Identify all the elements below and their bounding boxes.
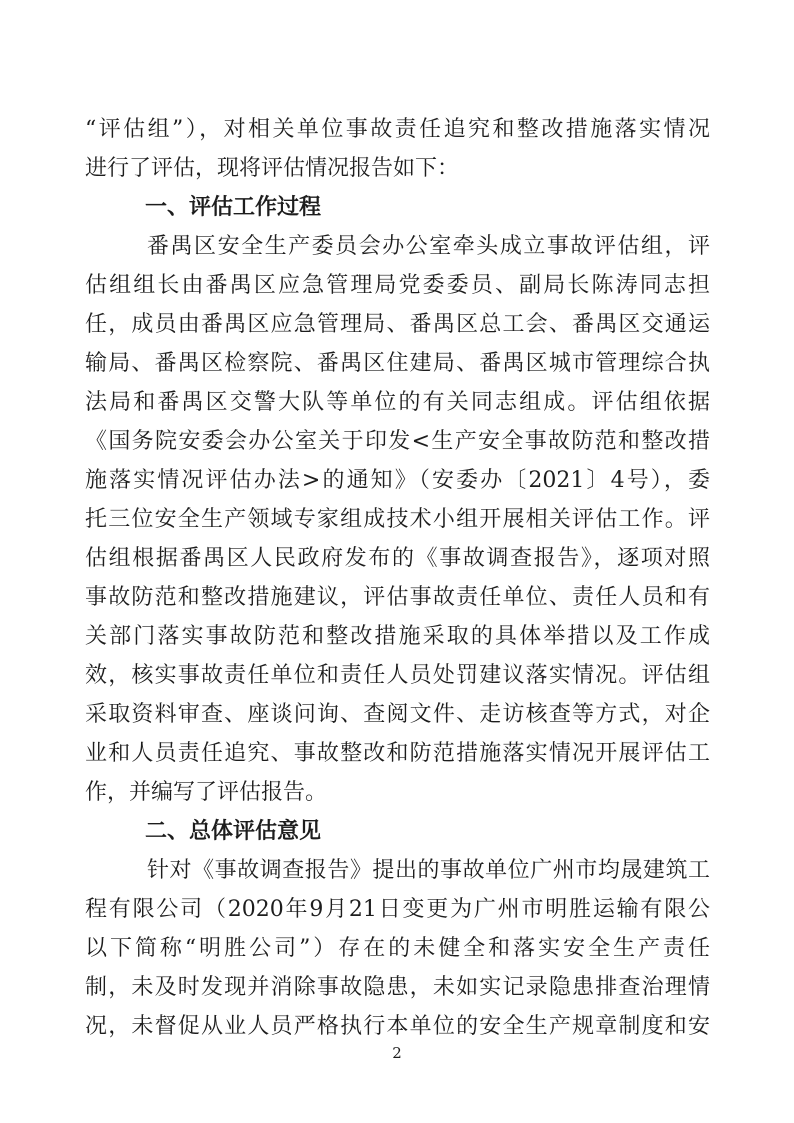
document-line: 估组根据番禺区人民政府发布的《事故调查报告》，逐项对照 bbox=[85, 539, 710, 578]
document-line: 事故防范和整改措施建议，评估事故责任单位、责任人员和有 bbox=[85, 578, 710, 617]
document-line: 业和人员责任追究、事故整改和防范措施落实情况开展评估工 bbox=[85, 734, 710, 773]
section-heading: 二、总体评估意见 bbox=[85, 812, 710, 851]
document-line: 估组组长由番禺区应急管理局党委委员、副局长陈涛同志担 bbox=[85, 266, 710, 305]
document-page: “评估组”），对相关单位事故责任追究和整改措施落实情况进行了评估，现将评估情况报… bbox=[0, 0, 794, 1123]
document-line: 输局、番禺区检察院、番禺区住建局、番禺区城市管理综合执 bbox=[85, 344, 710, 383]
document-line: 效，核实事故责任单位和责任人员处罚建议落实情况。评估组 bbox=[85, 656, 710, 695]
page-number: 2 bbox=[0, 1044, 794, 1062]
document-line: 采取资料审查、座谈问询、查阅文件、走访核查等方式，对企 bbox=[85, 695, 710, 734]
section-heading: 一、评估工作过程 bbox=[85, 188, 710, 227]
document-line: 法局和番禺区交警大队等单位的有关同志组成。评估组依据 bbox=[85, 383, 710, 422]
document-line: 制，未及时发现并消除事故隐患，未如实记录隐患排查治理情 bbox=[85, 968, 710, 1007]
document-line: 进行了评估，现将评估情况报告如下： bbox=[85, 149, 710, 188]
document-line: 任，成员由番禺区应急管理局、番禺区总工会、番禺区交通运 bbox=[85, 305, 710, 344]
document-line: 程有限公司（2020年9月21日变更为广州市明胜运输有限公司， bbox=[85, 890, 710, 929]
document-line: 作，并编写了评估报告。 bbox=[85, 773, 710, 812]
document-line: “评估组”），对相关单位事故责任追究和整改措施落实情况 bbox=[85, 110, 710, 149]
document-line: 施落实情况评估办法>的通知》（安委办〔2021〕4号），委 bbox=[85, 461, 710, 500]
document-line: 况，未督促从业人员严格执行本单位的安全生产规章制度和安 bbox=[85, 1007, 710, 1046]
document-line: 针对《事故调查报告》提出的事故单位广州市均晟建筑工 bbox=[85, 851, 710, 890]
document-line: 《国务院安委会办公室关于印发<生产安全事故防范和整改措 bbox=[85, 422, 710, 461]
document-line: 托三位安全生产领域专家组成技术小组开展相关评估工作。评 bbox=[85, 500, 710, 539]
document-line: 以下简称“明胜公司”）存在的未健全和落实安全生产责任 bbox=[85, 929, 710, 968]
document-line: 番禺区安全生产委员会办公室牵头成立事故评估组，评 bbox=[85, 227, 710, 266]
document-line: 关部门落实事故防范和整改措施采取的具体举措以及工作成 bbox=[85, 617, 710, 656]
document-body: “评估组”），对相关单位事故责任追究和整改措施落实情况进行了评估，现将评估情况报… bbox=[85, 110, 710, 1046]
